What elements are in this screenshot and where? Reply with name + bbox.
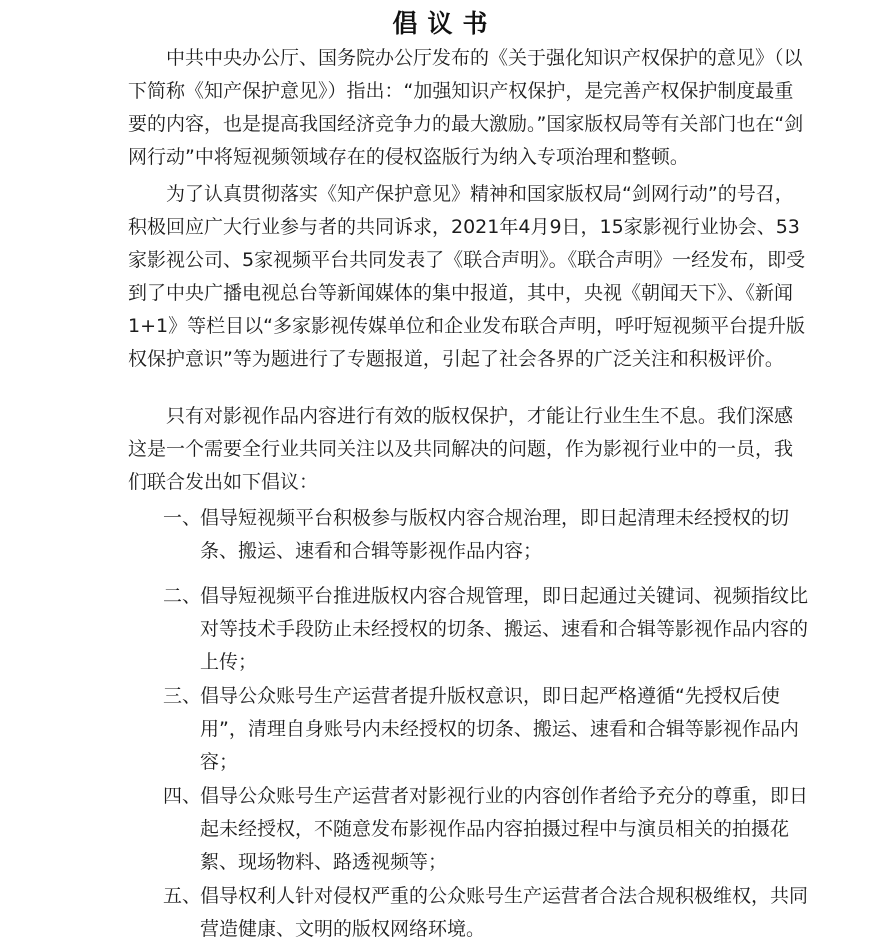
item-number: 四、: [163, 780, 201, 813]
paragraph-2: 为了认真贯彻落实《知产保护意见》精神和国家版权局“剑网行动”的号召，积极回应广大…: [128, 178, 808, 376]
item-number: 三、: [163, 680, 201, 713]
item-text: 倡导短视频平台推进版权内容合规管理，即日起通过关键词、视频指纹比对等技术手段防止…: [200, 580, 808, 679]
paragraph-3: 只有对影视作品内容进行有效的版权保护，才能让行业生生不息。我们深感这是一个需要全…: [128, 400, 808, 499]
document-title: 倡议书: [0, 4, 890, 40]
paragraph-1-text: 中共中央办公厅、国务院办公厅发布的《关于强化知识产权保护的意见》（以下简称《知产…: [128, 47, 803, 168]
item-text: 倡导权利人针对侵权严重的公众账号生产运营者合法合规积极维权，共同营造健康、文明的…: [200, 880, 808, 942]
paragraph-1: 中共中央办公厅、国务院办公厅发布的《关于强化知识产权保护的意见》（以下简称《知产…: [128, 42, 808, 174]
item-text: 倡导公众账号生产运营者对影视行业的内容创作者给予充分的尊重，即日起未经授权，不随…: [200, 780, 808, 879]
item-number: 一、: [163, 502, 201, 535]
item-number: 二、: [163, 580, 201, 613]
paragraph-2-text: 为了认真贯彻落实《知产保护意见》精神和国家版权局“剑网行动”的号召，积极回应广大…: [128, 183, 805, 370]
paragraph-3-text: 只有对影视作品内容进行有效的版权保护，才能让行业生生不息。我们深感这是一个需要全…: [128, 405, 793, 493]
item-number: 五、: [163, 880, 201, 913]
item-text: 倡导短视频平台积极参与版权内容合规治理，即日起清理未经授权的切条、搬运、速看和合…: [200, 502, 808, 568]
document-page: 倡议书 中共中央办公厅、国务院办公厅发布的《关于强化知识产权保护的意见》（以下简…: [0, 0, 890, 942]
item-text: 倡导公众账号生产运营者提升版权意识，即日起严格遵循“先授权后使用”，清理自身账号…: [200, 680, 808, 779]
